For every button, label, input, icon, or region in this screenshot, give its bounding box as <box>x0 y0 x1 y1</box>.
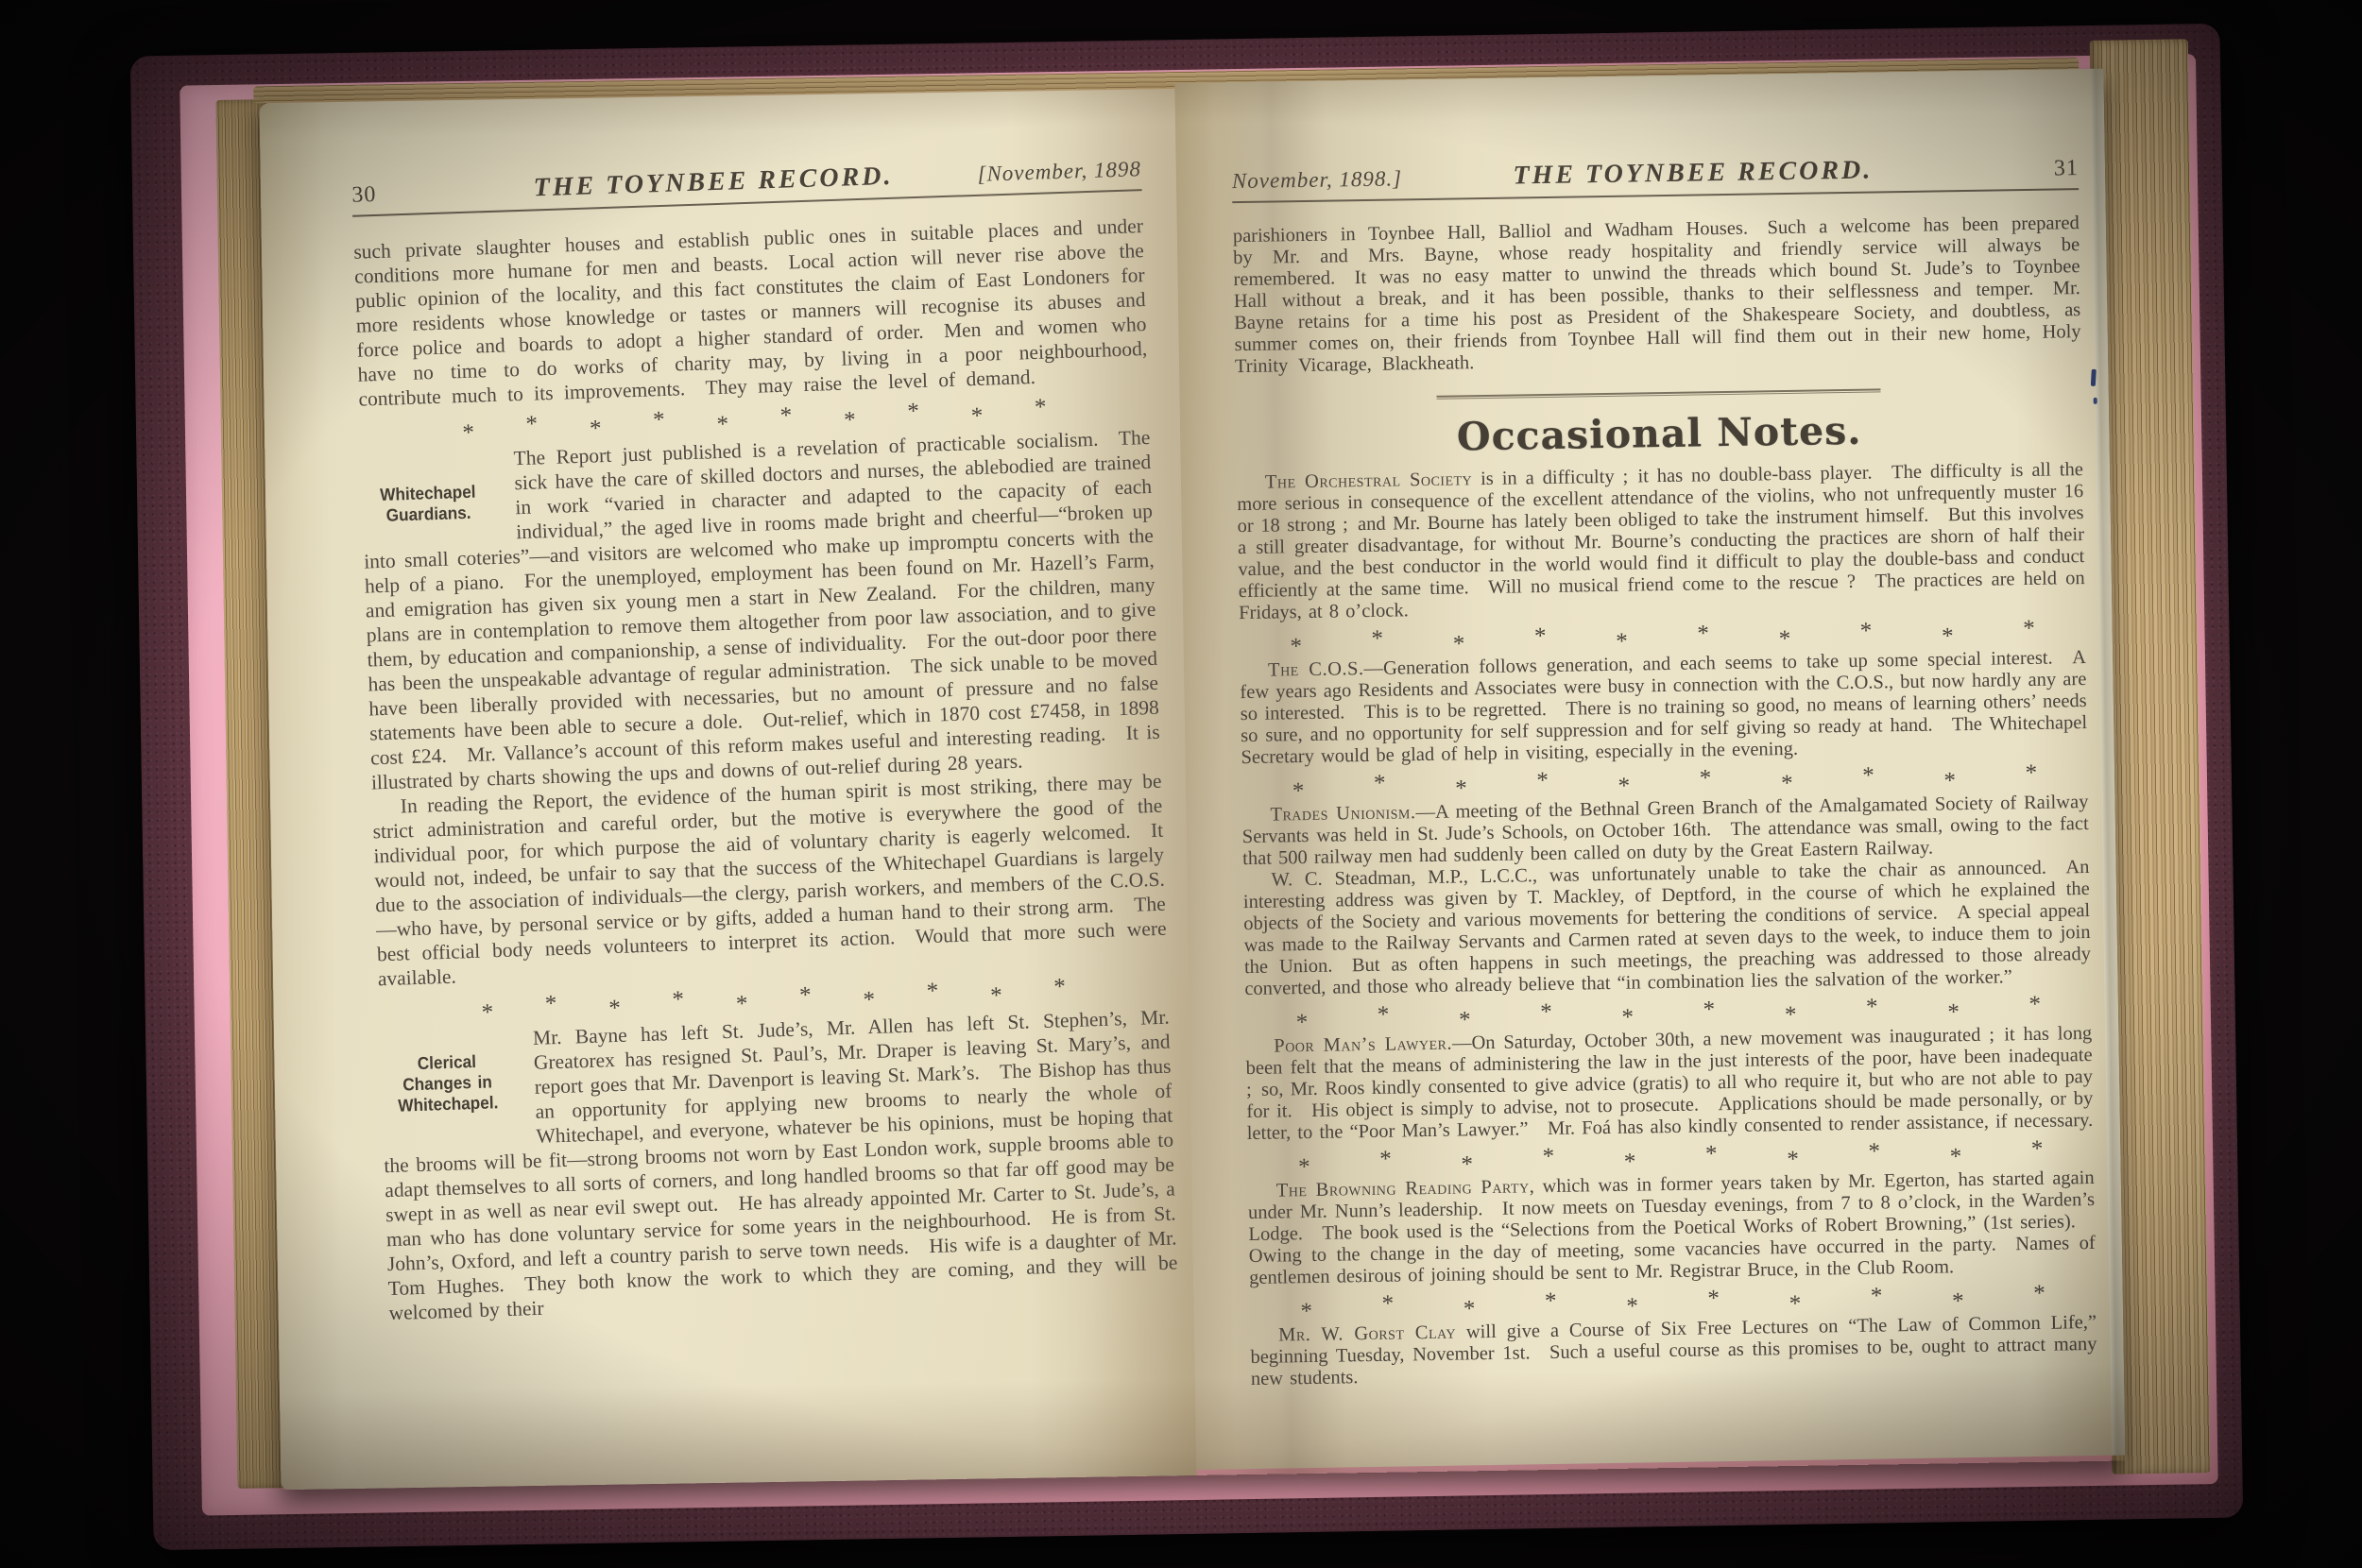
note-text: —Generation follows generation, and each… <box>1240 647 2087 768</box>
margin-note-clerical-changes: Clerical Changes in Whitechapel. <box>379 1029 516 1130</box>
note-gorst-clay-lectures: Mr. W. Gorst Clay will give a Course of … <box>1250 1312 2097 1390</box>
open-pages: 30 THE TOYNBEE RECORD. [November, 1898 s… <box>259 69 2125 1490</box>
left-page-number: 30 <box>351 179 494 209</box>
note-lead: The C.O.S. <box>1268 658 1364 681</box>
note-browning-reading-party: The Browning Reading Party, which was in… <box>1248 1167 2097 1289</box>
photo-background: 30 THE TOYNBEE RECORD. [November, 1898 s… <box>0 0 2362 1568</box>
blue-ink-dot <box>2094 398 2097 404</box>
issue-date-right: November, 1898.] <box>1232 166 1449 195</box>
paragraph-whitechapel-guardians: Whitechapel Guardians. The Report just p… <box>360 425 1161 795</box>
note-trades-unionism-steadman: W. C. Steadman, M.P., L.C.C., was unfort… <box>1242 857 2091 1000</box>
paragraph-reading-the-report: In reading the Report, the evidence of t… <box>371 769 1167 992</box>
paragraph-clerical-changes: Clerical Changes in Whitechapel. Mr. Bay… <box>380 1005 1179 1326</box>
section-divider-rule <box>1437 388 1881 399</box>
margin-note-whitechapel-guardians: Whitechapel Guardians. <box>360 449 496 527</box>
note-poor-mans-lawyer: Poor Man’s Lawyer.—On Saturday, October … <box>1245 1023 2094 1145</box>
blue-ink-mark <box>2091 369 2097 386</box>
note-lead: The Browning Reading Party <box>1276 1176 1530 1201</box>
note-lead: The Orchestral Society <box>1265 469 1473 492</box>
left-page-content: 30 THE TOYNBEE RECORD. [November, 1898 s… <box>351 153 1179 1325</box>
issue-date-left: [November, 1898 <box>933 157 1142 188</box>
margin-note-label: Whitechapel Guardians. <box>361 481 496 527</box>
note-cos: The C.O.S.—Generation follows generation… <box>1240 647 2088 769</box>
right-page-content: November, 1898.] THE TOYNBEE RECORD. 31 … <box>1232 152 2097 1390</box>
margin-note-label: Clerical Changes in Whitechapel. <box>380 1050 515 1117</box>
note-orchestral-society: The Orchestral Society is in a difficult… <box>1237 459 2085 624</box>
journal-title-right: THE TOYNBEE RECORD. <box>1449 154 1937 192</box>
paragraph-slaughter-houses: such private slaughter houses and establ… <box>353 213 1149 412</box>
open-book: 30 THE TOYNBEE RECORD. [November, 1898 s… <box>130 24 2244 1551</box>
right-page-number: 31 <box>1937 156 2079 183</box>
paragraph-parishioners: parishioners in Toynbee Hall, Balliol an… <box>1233 213 2081 378</box>
section-title-occasional-notes: Occasional Notes. <box>1236 404 2083 463</box>
